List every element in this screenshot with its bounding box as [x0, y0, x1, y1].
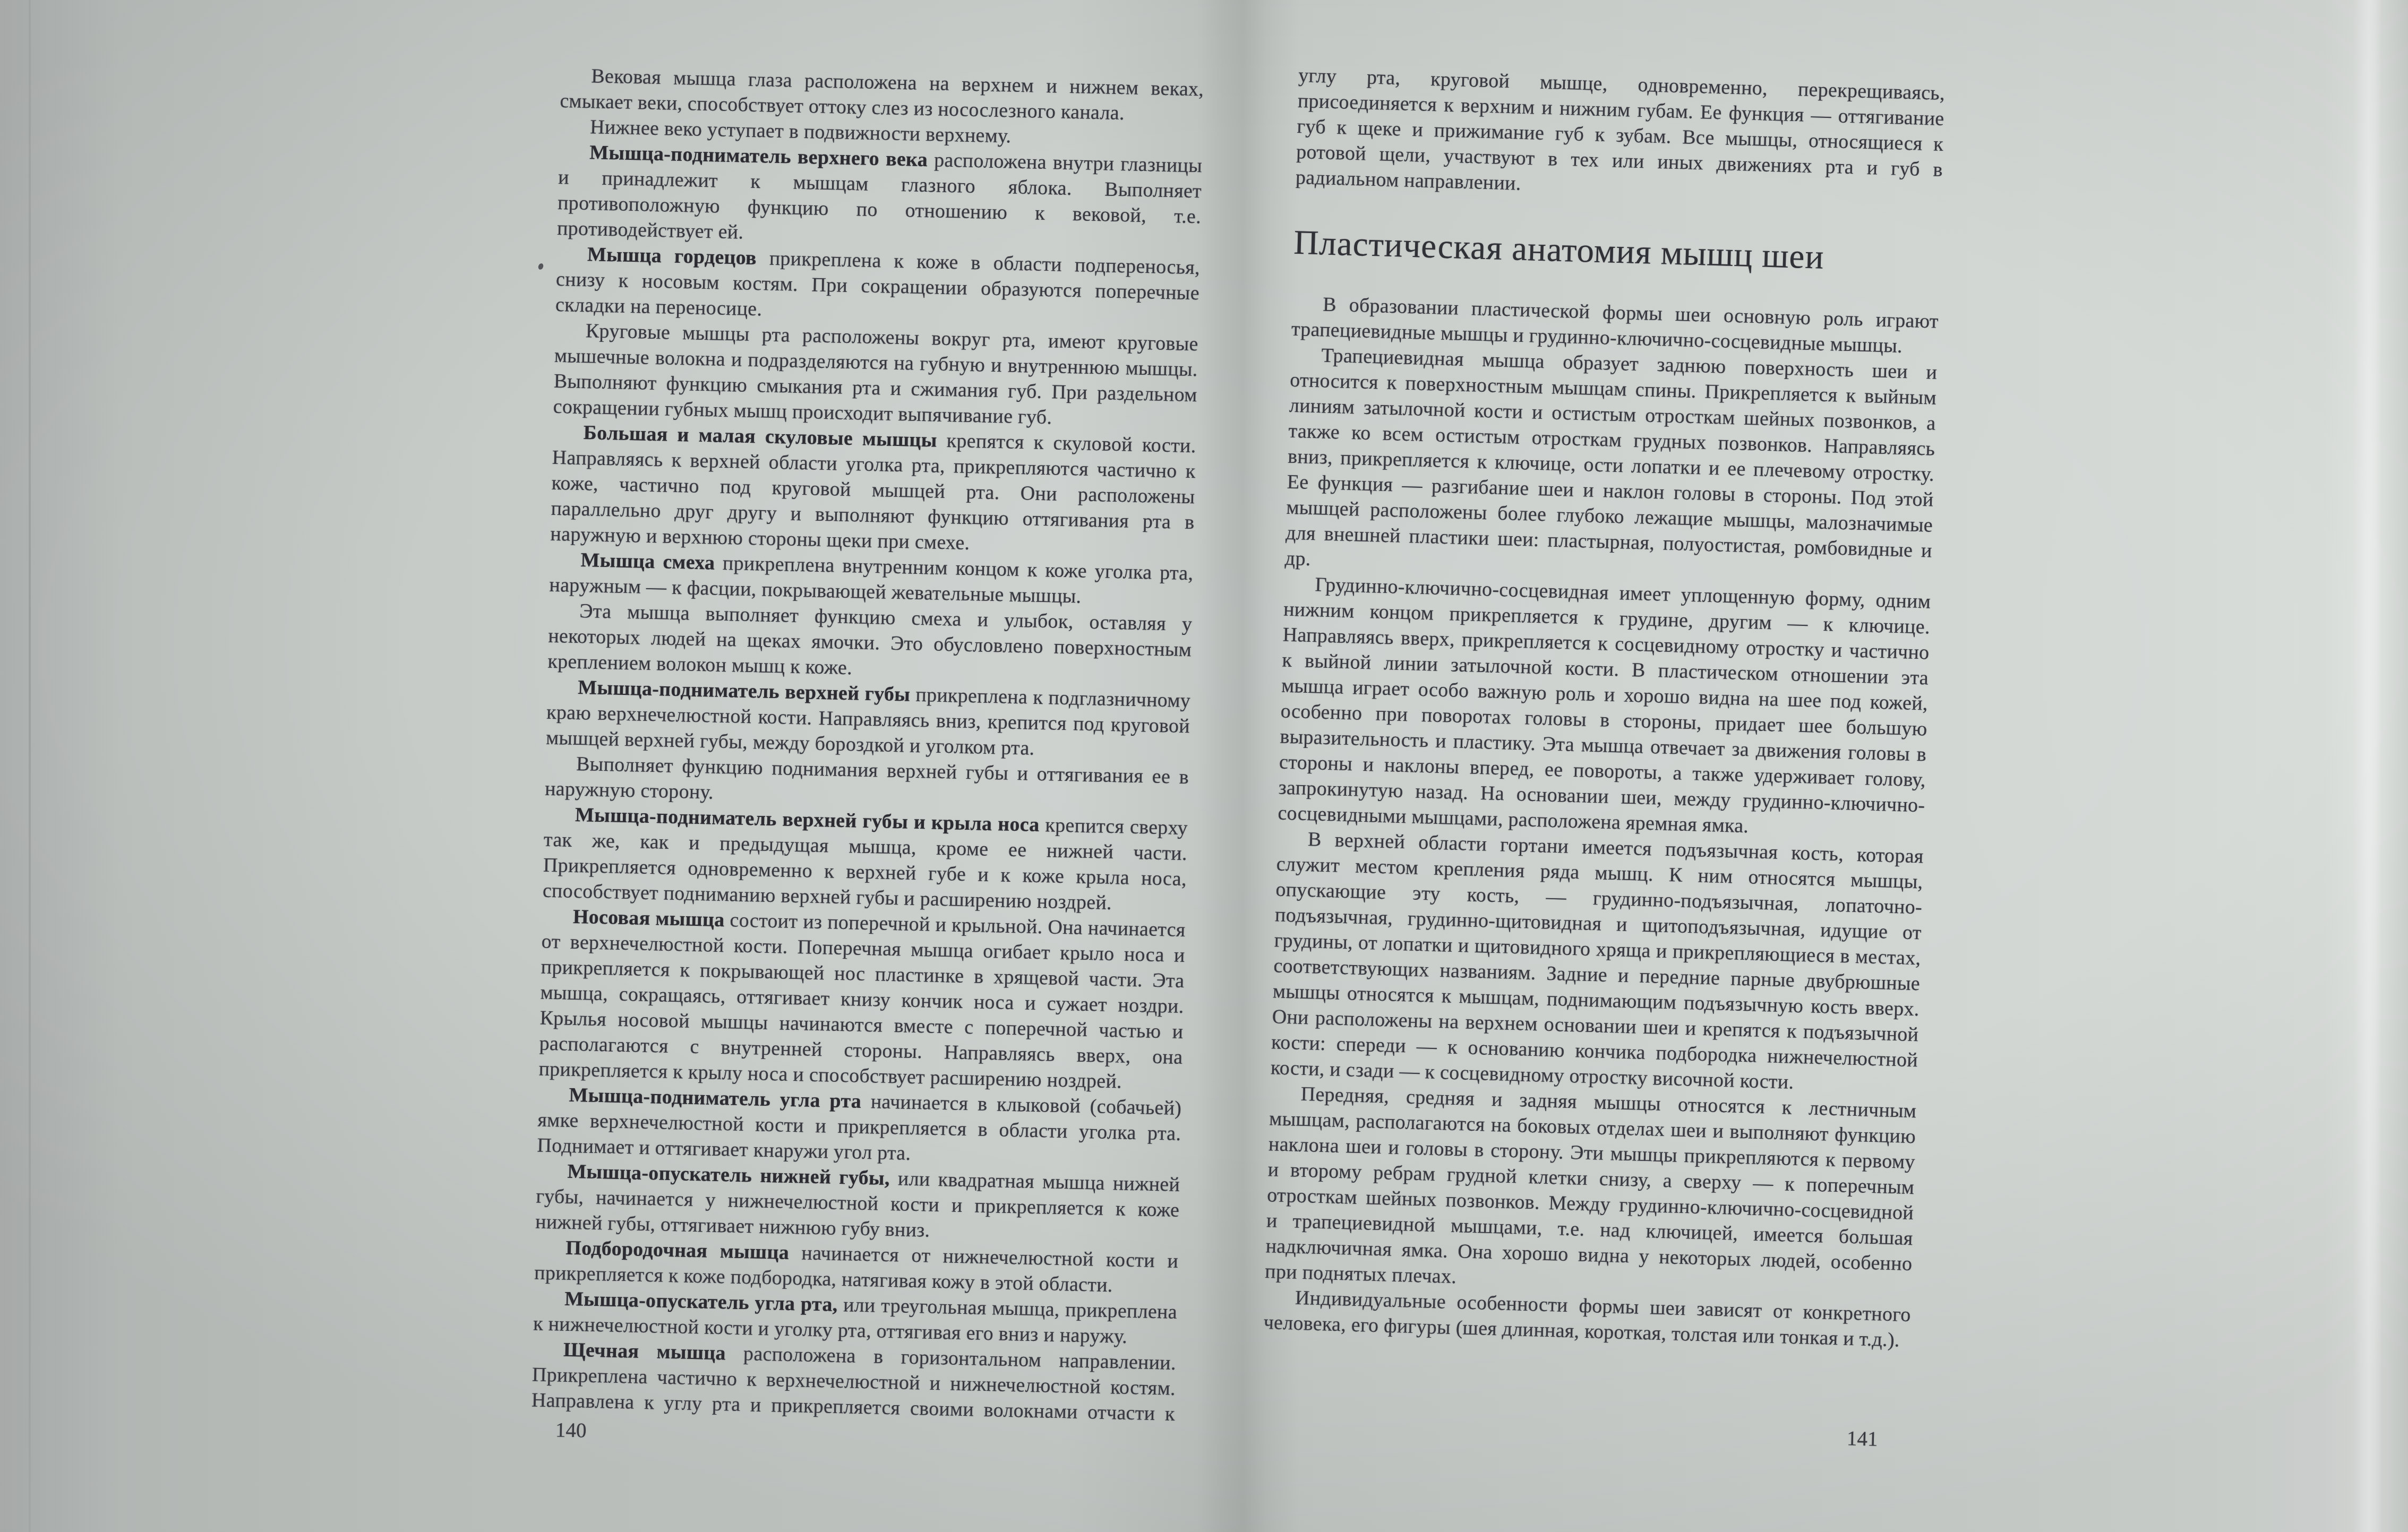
right-page-text: углу рта, круговой мышце, одновременно, … [1263, 63, 1945, 1353]
paragraph: Передняя, средняя и задняя мышцы относят… [1265, 1080, 1917, 1302]
paragraph: Грудинно-ключично-сосцевидная имеет упло… [1278, 571, 1931, 844]
right-page-fore-edge [2353, 0, 2381, 1532]
paragraph: углу рта, круговой мышце, одновременно, … [1295, 63, 1945, 208]
paragraph: Носовая мышца состоит из поперечной и кр… [538, 903, 1186, 1096]
ink-speck [537, 263, 544, 270]
muscle-term: Носовая мышца [572, 906, 725, 931]
paragraph: В верхней области гортани имеется подъяз… [1270, 825, 1924, 1098]
muscle-term: Мышца-опускатель угла рта, [564, 1288, 838, 1316]
left-page-text: Вековая мышца глаза расположена на верхн… [532, 63, 1204, 1427]
left-page-edge [29, 0, 31, 1532]
paragraph: Щечная мышца расположена в горизонтально… [532, 1336, 1177, 1426]
right-page-body: В образовании пластической формы шеи осн… [1263, 291, 1939, 1353]
muscle-term: Мышца-опускатель нижней губы, [567, 1160, 890, 1190]
paragraph: Мышца-подниматель верхней губы и крыла н… [542, 802, 1188, 917]
paragraph: Мышца гордецов прикреплена к коже в обла… [555, 241, 1201, 331]
chapter-heading: Пластическая анатомия мышц шеи [1293, 223, 1941, 280]
right-page-continuation: углу рта, круговой мышце, одновременно, … [1295, 63, 1945, 208]
left-page-number: 140 [555, 1418, 587, 1442]
paragraph: Круговые мышцы рта расположены вокруг рт… [553, 317, 1198, 433]
muscle-term: Мышца-подниматель верхней губы [578, 676, 911, 706]
paragraph: Трапециевидная мышца образует заднюю пов… [1284, 342, 1938, 589]
muscle-term: Щечная мышца [563, 1339, 726, 1365]
muscle-term: Большая и малая скуловые мышцы [583, 421, 937, 452]
paragraph: Мышца-опускатель нижней губы, или квадра… [535, 1158, 1180, 1249]
paragraph: Эта мышца выполняет функцию смеха и улыб… [547, 598, 1193, 688]
book-scan: { "document": { "kind": "scanned book sp… [0, 0, 2408, 1532]
muscle-term: Мышца гордецов [587, 243, 757, 269]
muscle-term: Мышца смеха [580, 549, 715, 574]
muscle-term: Мышца-подниматель верхнего века [589, 141, 928, 171]
paragraph: Мышца-подниматель верхнего века располож… [557, 139, 1203, 255]
muscle-term: Мышца-подниматель угла рта [569, 1084, 861, 1113]
paragraph: Большая и малая скуловые мышцы крепятся … [550, 419, 1196, 561]
paragraph: Мышца-подниматель угла рта начинается в … [537, 1082, 1182, 1172]
muscle-term: Подбородочная мышца [565, 1237, 790, 1264]
right-page-number: 141 [1846, 1426, 1878, 1451]
paragraph: Мышца-подниматель верхней губы прикрепле… [546, 674, 1191, 764]
